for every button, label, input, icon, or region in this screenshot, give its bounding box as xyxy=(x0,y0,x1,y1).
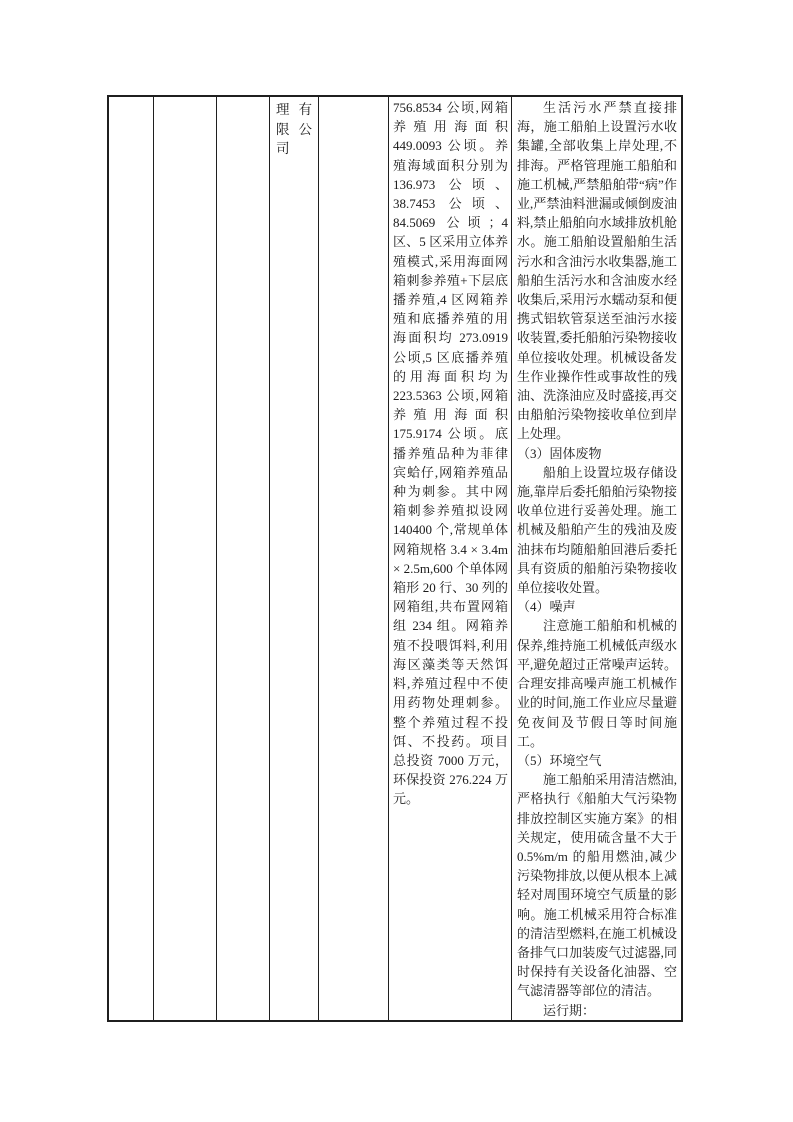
approval-table-row: 理 有 限 公 司 756.8534 公顷,网箱养殖用海面积 449.0093 … xyxy=(107,95,683,1022)
project-overview-cell: 756.8534 公顷,网箱养殖用海面积 449.0093 公顷。养殖海域面积分… xyxy=(389,97,512,1020)
measures-heading-noise: （4）噪声 xyxy=(517,597,677,616)
table-cell-empty-5 xyxy=(319,97,389,1020)
measures-paragraph-air: 施工船舶采用清洁燃油,严格执行《船舶大气污染物排放控制区实施方案》的相关规定，使… xyxy=(517,770,677,1000)
table-cell-empty-2 xyxy=(154,97,217,1020)
measures-heading-air: （5）环境空气 xyxy=(517,751,677,770)
measures-paragraph-solid-waste: 船舶上设置垃圾存储设施,靠岸后委托船舶污染物接收单位进行妥善处理。施工机械及船舶… xyxy=(517,463,677,597)
table-cell-empty-1 xyxy=(109,97,154,1020)
measures-paragraph-wastewater: 生活污水严禁直接排海，施工船舶上设置污水收集罐,全部收集上岸处理,不排海。严格管… xyxy=(517,98,677,444)
company-name-cell: 理 有 限 公 司 xyxy=(270,97,319,1020)
env-measures-cell: 生活污水严禁直接排海，施工船舶上设置污水收集罐,全部收集上岸处理,不排海。严格管… xyxy=(512,97,681,1020)
measures-heading-operation-period: 运行期： xyxy=(517,1001,677,1020)
table-cell-empty-3 xyxy=(217,97,270,1020)
measures-paragraph-noise: 注意施工船舶和机械的保养,维持施工机械低声级水平,避免超过正常噪声运转。合理安排… xyxy=(517,616,677,750)
document-page: { "table": { "empty_cells": { "col1": ""… xyxy=(0,0,793,1122)
measures-heading-solid-waste: （3）固体废物 xyxy=(517,444,677,463)
